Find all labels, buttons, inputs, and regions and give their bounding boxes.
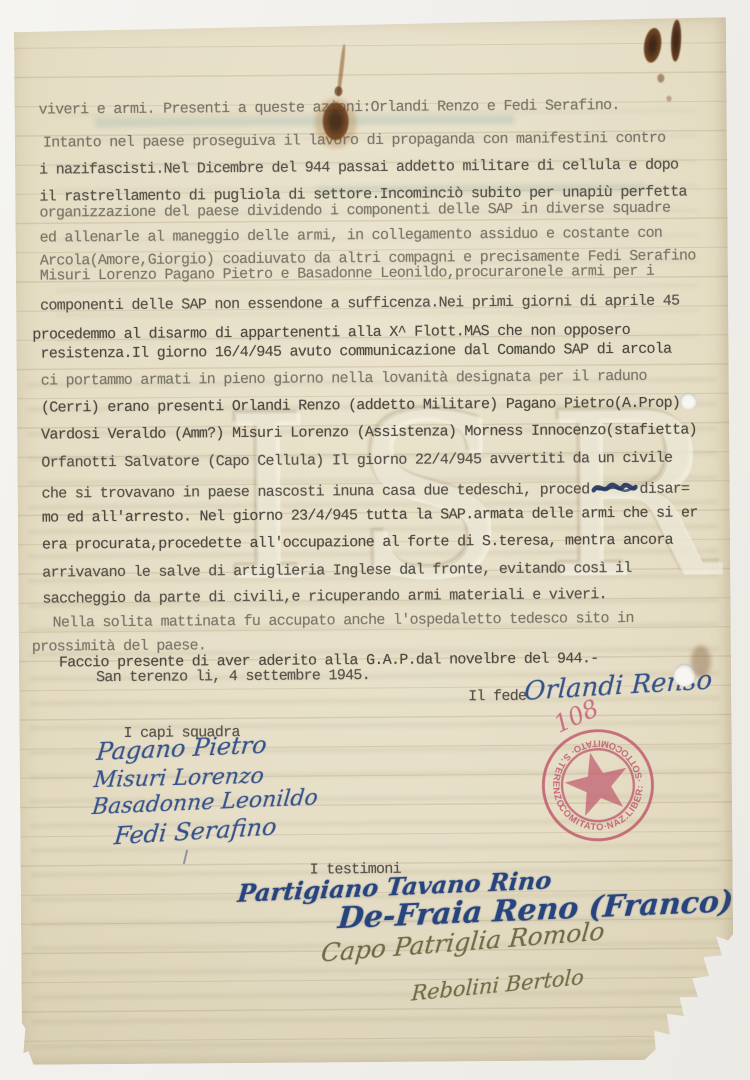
rust-stain: [642, 27, 663, 64]
drip-stain: [334, 86, 342, 96]
rust-speck: [667, 96, 672, 102]
cln-round-stamp: COMITATO∙NAZ.LIBER: ∙SOTTOCOMITATO∙ S.TE…: [531, 718, 665, 852]
document-paper: ISR viveri e armi. Presenti a queste azi…: [14, 17, 734, 1065]
ink-burn-stain: [323, 102, 349, 140]
typed-line-text: che si trovavano in paese nascosti inuna…: [42, 481, 590, 502]
typed-line: San terenzo li, 4 settembre 1945.: [96, 667, 370, 687]
hole-punch: [680, 392, 697, 409]
rust-stain: [670, 19, 682, 61]
closing-label: Il fede: [468, 688, 526, 706]
typed-line-text: disar=: [639, 481, 689, 498]
scanned-page-background: ISR viveri e armi. Presenti a queste azi…: [0, 0, 750, 1080]
ink-scribble: [591, 480, 637, 496]
rust-speck: [657, 74, 664, 83]
rust-smudge: [691, 645, 711, 677]
